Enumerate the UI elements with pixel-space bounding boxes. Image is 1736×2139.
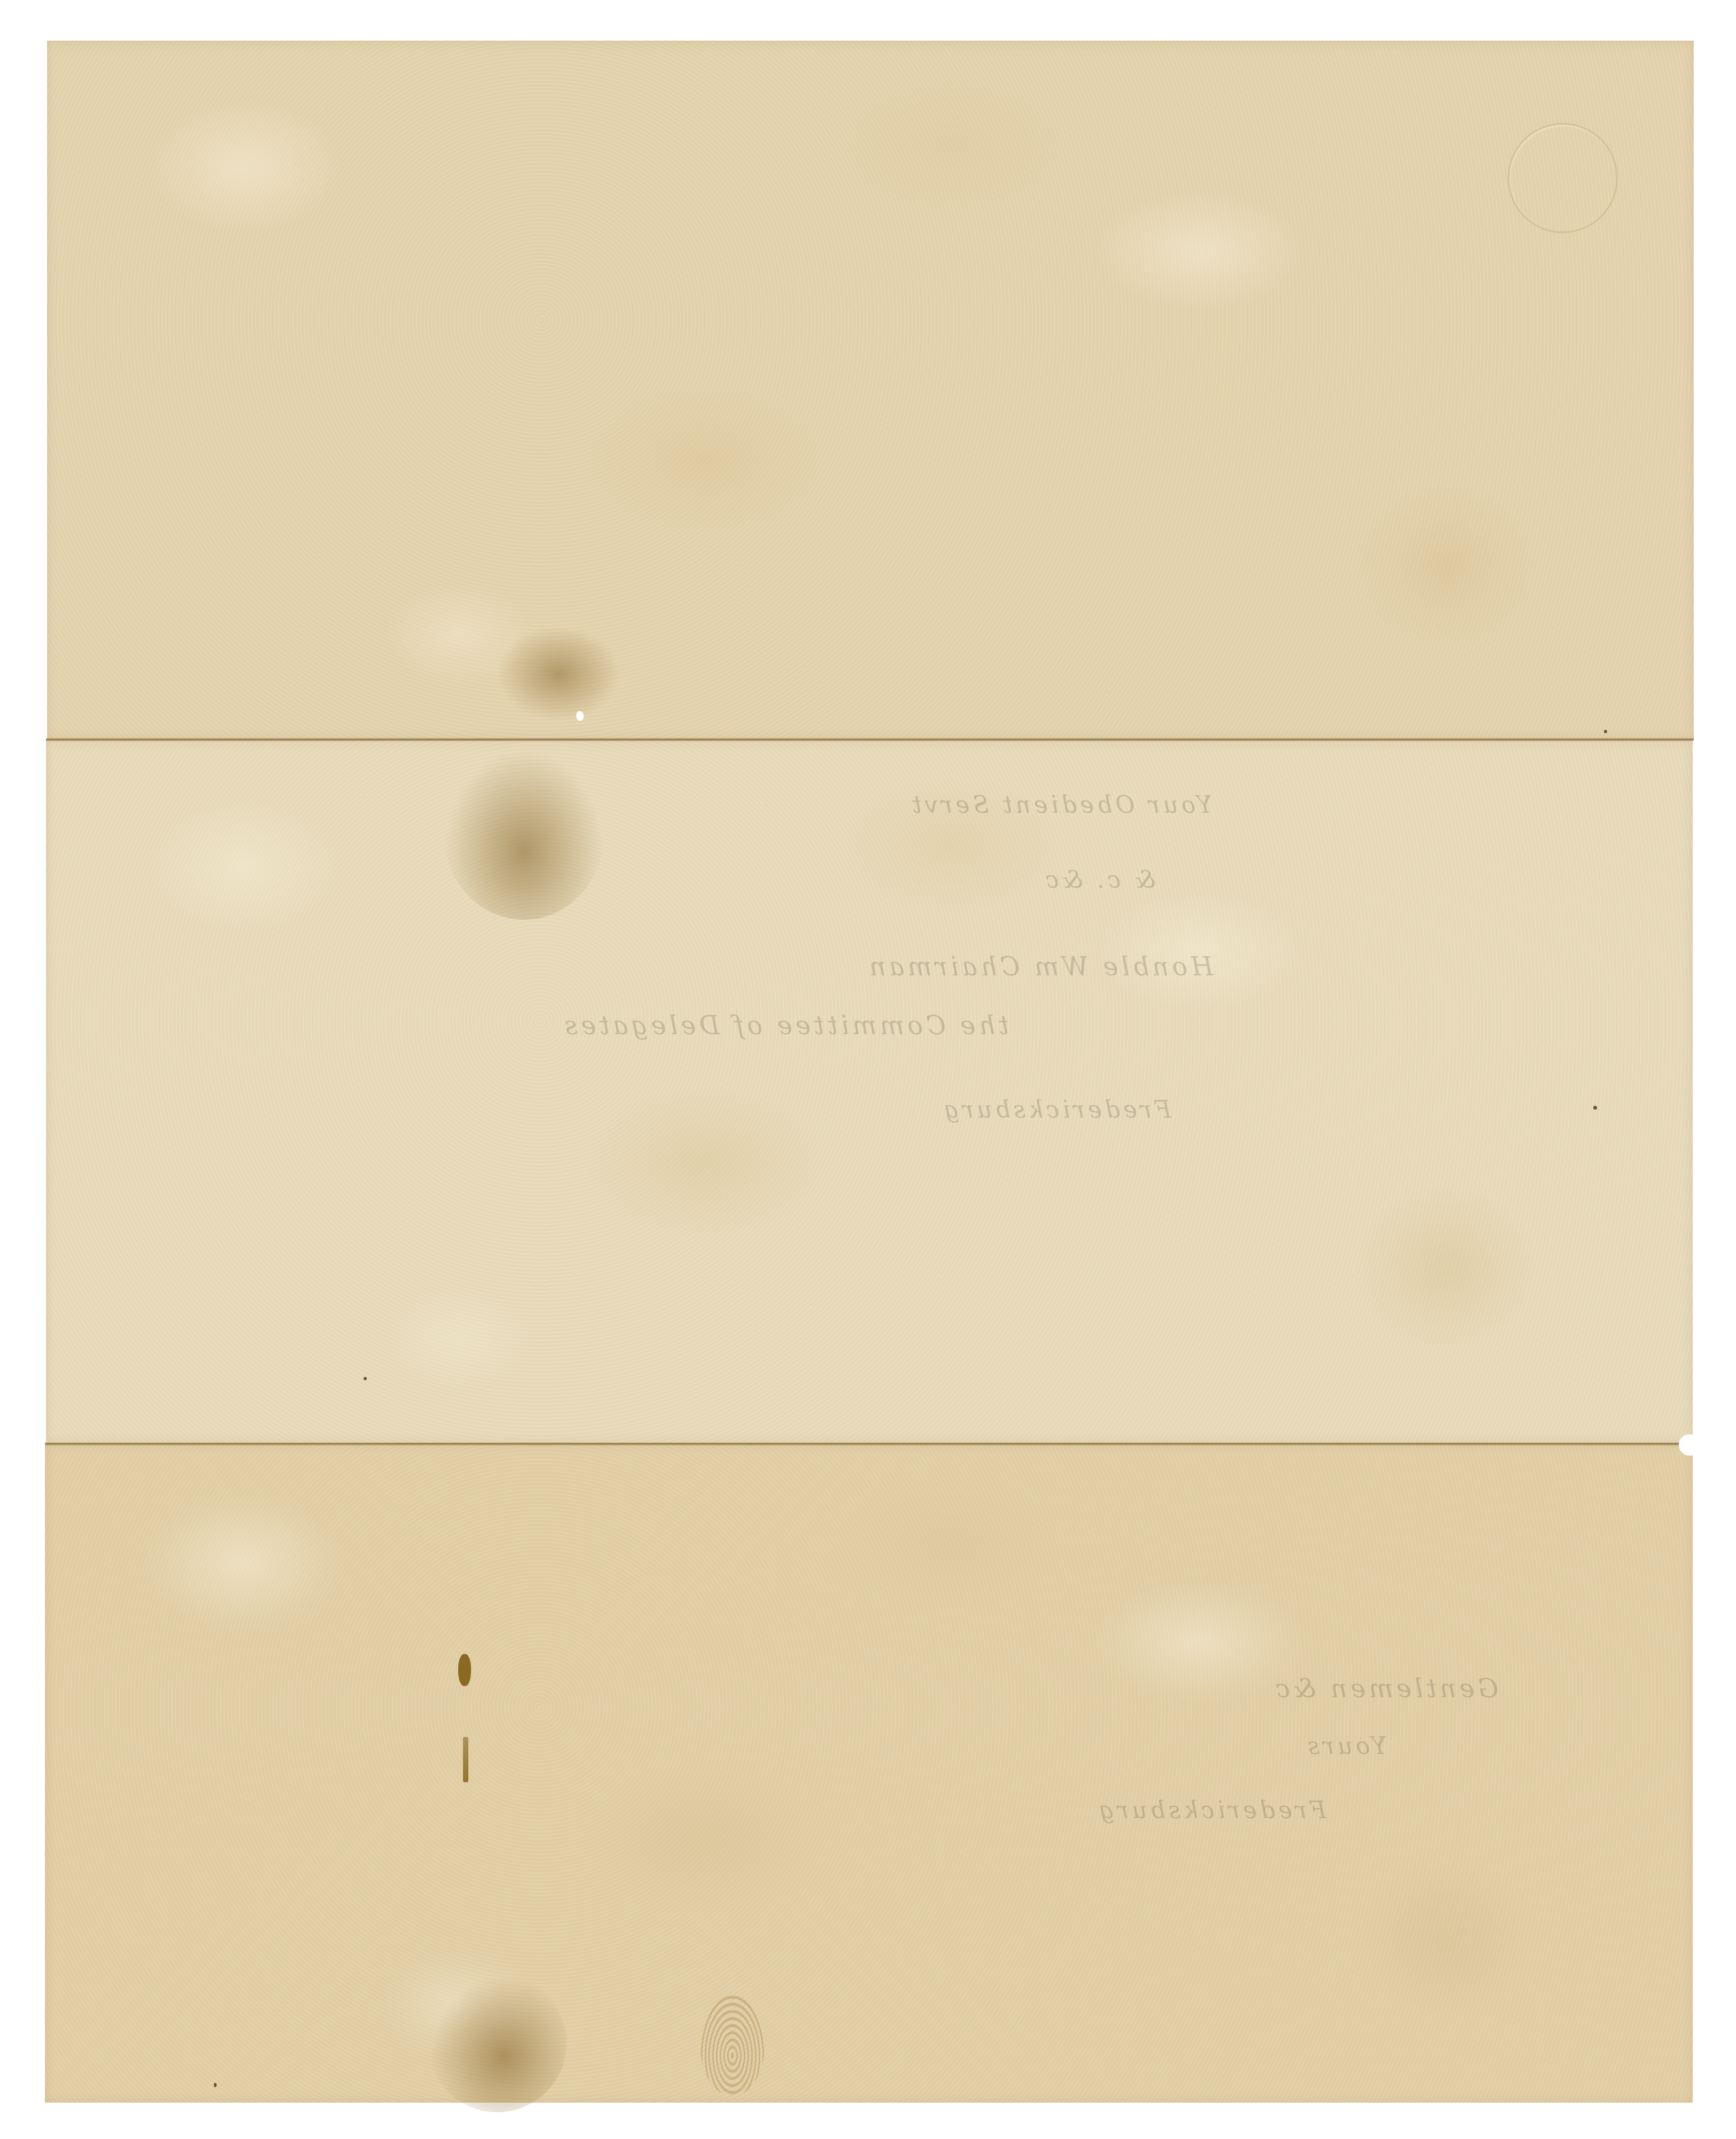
speck — [214, 2083, 217, 2087]
bleed-through-line: Fredericksburg — [1096, 1797, 1326, 1824]
speck — [364, 1377, 367, 1380]
top-panel — [47, 41, 1694, 740]
bleed-through-line: Fredericksburg — [941, 1096, 1171, 1124]
stain-top — [497, 626, 620, 722]
drip-oval — [458, 1654, 471, 1686]
stain-bottom — [428, 1973, 567, 2112]
bottom-panel — [45, 1444, 1693, 2103]
bleed-through-line: & c. &c — [1043, 866, 1156, 894]
middle-panel — [46, 740, 1693, 1444]
fold-crease-upper — [46, 738, 1694, 741]
stain-middle — [444, 749, 604, 920]
bleed-through-line: the Committee of Delegates — [561, 1011, 1009, 1041]
drip-streak — [463, 1737, 468, 1782]
bleed-through-line: Your Obedient Servt — [909, 791, 1212, 819]
bleed-through-line: Yours — [1305, 1733, 1387, 1760]
edge-notch — [1679, 1434, 1700, 1456]
embossed-seal-circle — [1508, 123, 1618, 233]
fold-crease-lower — [45, 1442, 1681, 1445]
speck — [1604, 730, 1607, 733]
fingerprint-smudge — [700, 1995, 765, 2096]
tear-hole — [576, 711, 584, 721]
speck — [1593, 1106, 1597, 1110]
bleed-through-line: Honble Wm Chairman — [866, 952, 1213, 982]
bleed-through-line: Gentlemen &c — [1272, 1674, 1498, 1704]
